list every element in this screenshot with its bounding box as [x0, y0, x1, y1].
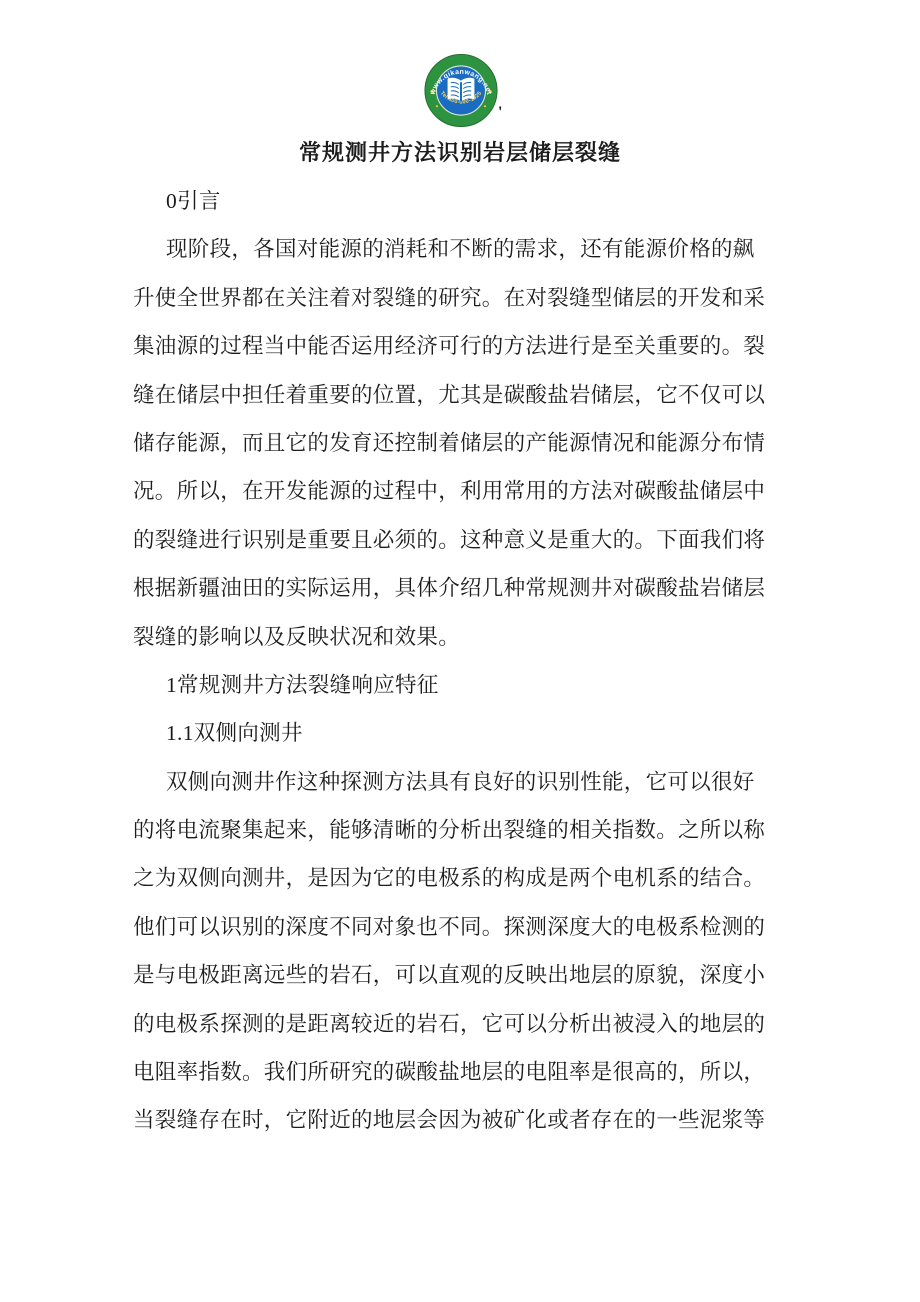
text-line: 现阶段，各国对能源的消耗和不断的需求，还有能源价格的飙 [133, 225, 805, 273]
text-line: 是与电极距离远些的岩石，可以直观的反映出地层的原貌，深度小 [133, 951, 805, 999]
journal-logo: www.qikanwang.net Tel 400-600-1925 [424, 52, 498, 129]
text-line: 升使全世界都在关注着对裂缝的研究。在对裂缝型储层的开发和采 [133, 274, 805, 322]
text-line: 之为双侧向测井，是因为它的电极系的构成是两个电机系的结合。 [133, 854, 805, 902]
stray-mark: ' [498, 104, 502, 122]
document-page: www.qikanwang.net Tel 400-600-1925 ' 常规测… [0, 0, 920, 1302]
section-heading: 1.1双侧向测井 [133, 709, 805, 757]
open-book-badge-icon: www.qikanwang.net Tel 400-600-1925 [424, 52, 498, 129]
text-line: 的将电流聚集起来，能够清晰的分析出裂缝的相关指数。之所以称 [133, 806, 805, 854]
text-line: 他们可以识别的深度不同对象也不同。探测深度大的电极系检测的 [133, 903, 805, 951]
text-line: 的电极系探测的是距离较近的岩石，它可以分析出被浸入的地层的 [133, 1000, 805, 1048]
document-body: 0引言现阶段，各国对能源的消耗和不断的需求，还有能源价格的飙升使全世界都在关注着… [133, 177, 805, 1145]
section-heading: 0引言 [133, 177, 805, 225]
section-heading: 1常规测井方法裂缝响应特征 [133, 661, 805, 709]
text-line: 缝在储层中担任着重要的位置，尤其是碳酸盐岩储层，它不仅可以 [133, 371, 805, 419]
text-line: 双侧向测井作这种探测方法具有良好的识别性能，它可以很好 [133, 758, 805, 806]
text-line: 根据新疆油田的实际运用，具体介绍几种常规测井对碳酸盐岩储层 [133, 564, 805, 612]
text-line: 的裂缝进行识别是重要且必须的。这种意义是重大的。下面我们将 [133, 516, 805, 564]
page-title: 常规测井方法识别岩层储层裂缝 [130, 136, 790, 167]
text-line: 况。所以，在开发能源的过程中，利用常用的方法对碳酸盐储层中 [133, 467, 805, 515]
text-line: 当裂缝存在时，它附近的地层会因为被矿化或者存在的一些泥浆等 [133, 1096, 805, 1144]
text-line: 集油源的过程当中能否运用经济可行的方法进行是至关重要的。裂 [133, 322, 805, 370]
text-line: 电阻率指数。我们所研究的碳酸盐地层的电阻率是很高的，所以， [133, 1048, 805, 1096]
text-line: 裂缝的影响以及反映状况和效果。 [133, 613, 805, 661]
text-line: 储存能源，而且它的发育还控制着储层的产能源情况和能源分布情 [133, 419, 805, 467]
